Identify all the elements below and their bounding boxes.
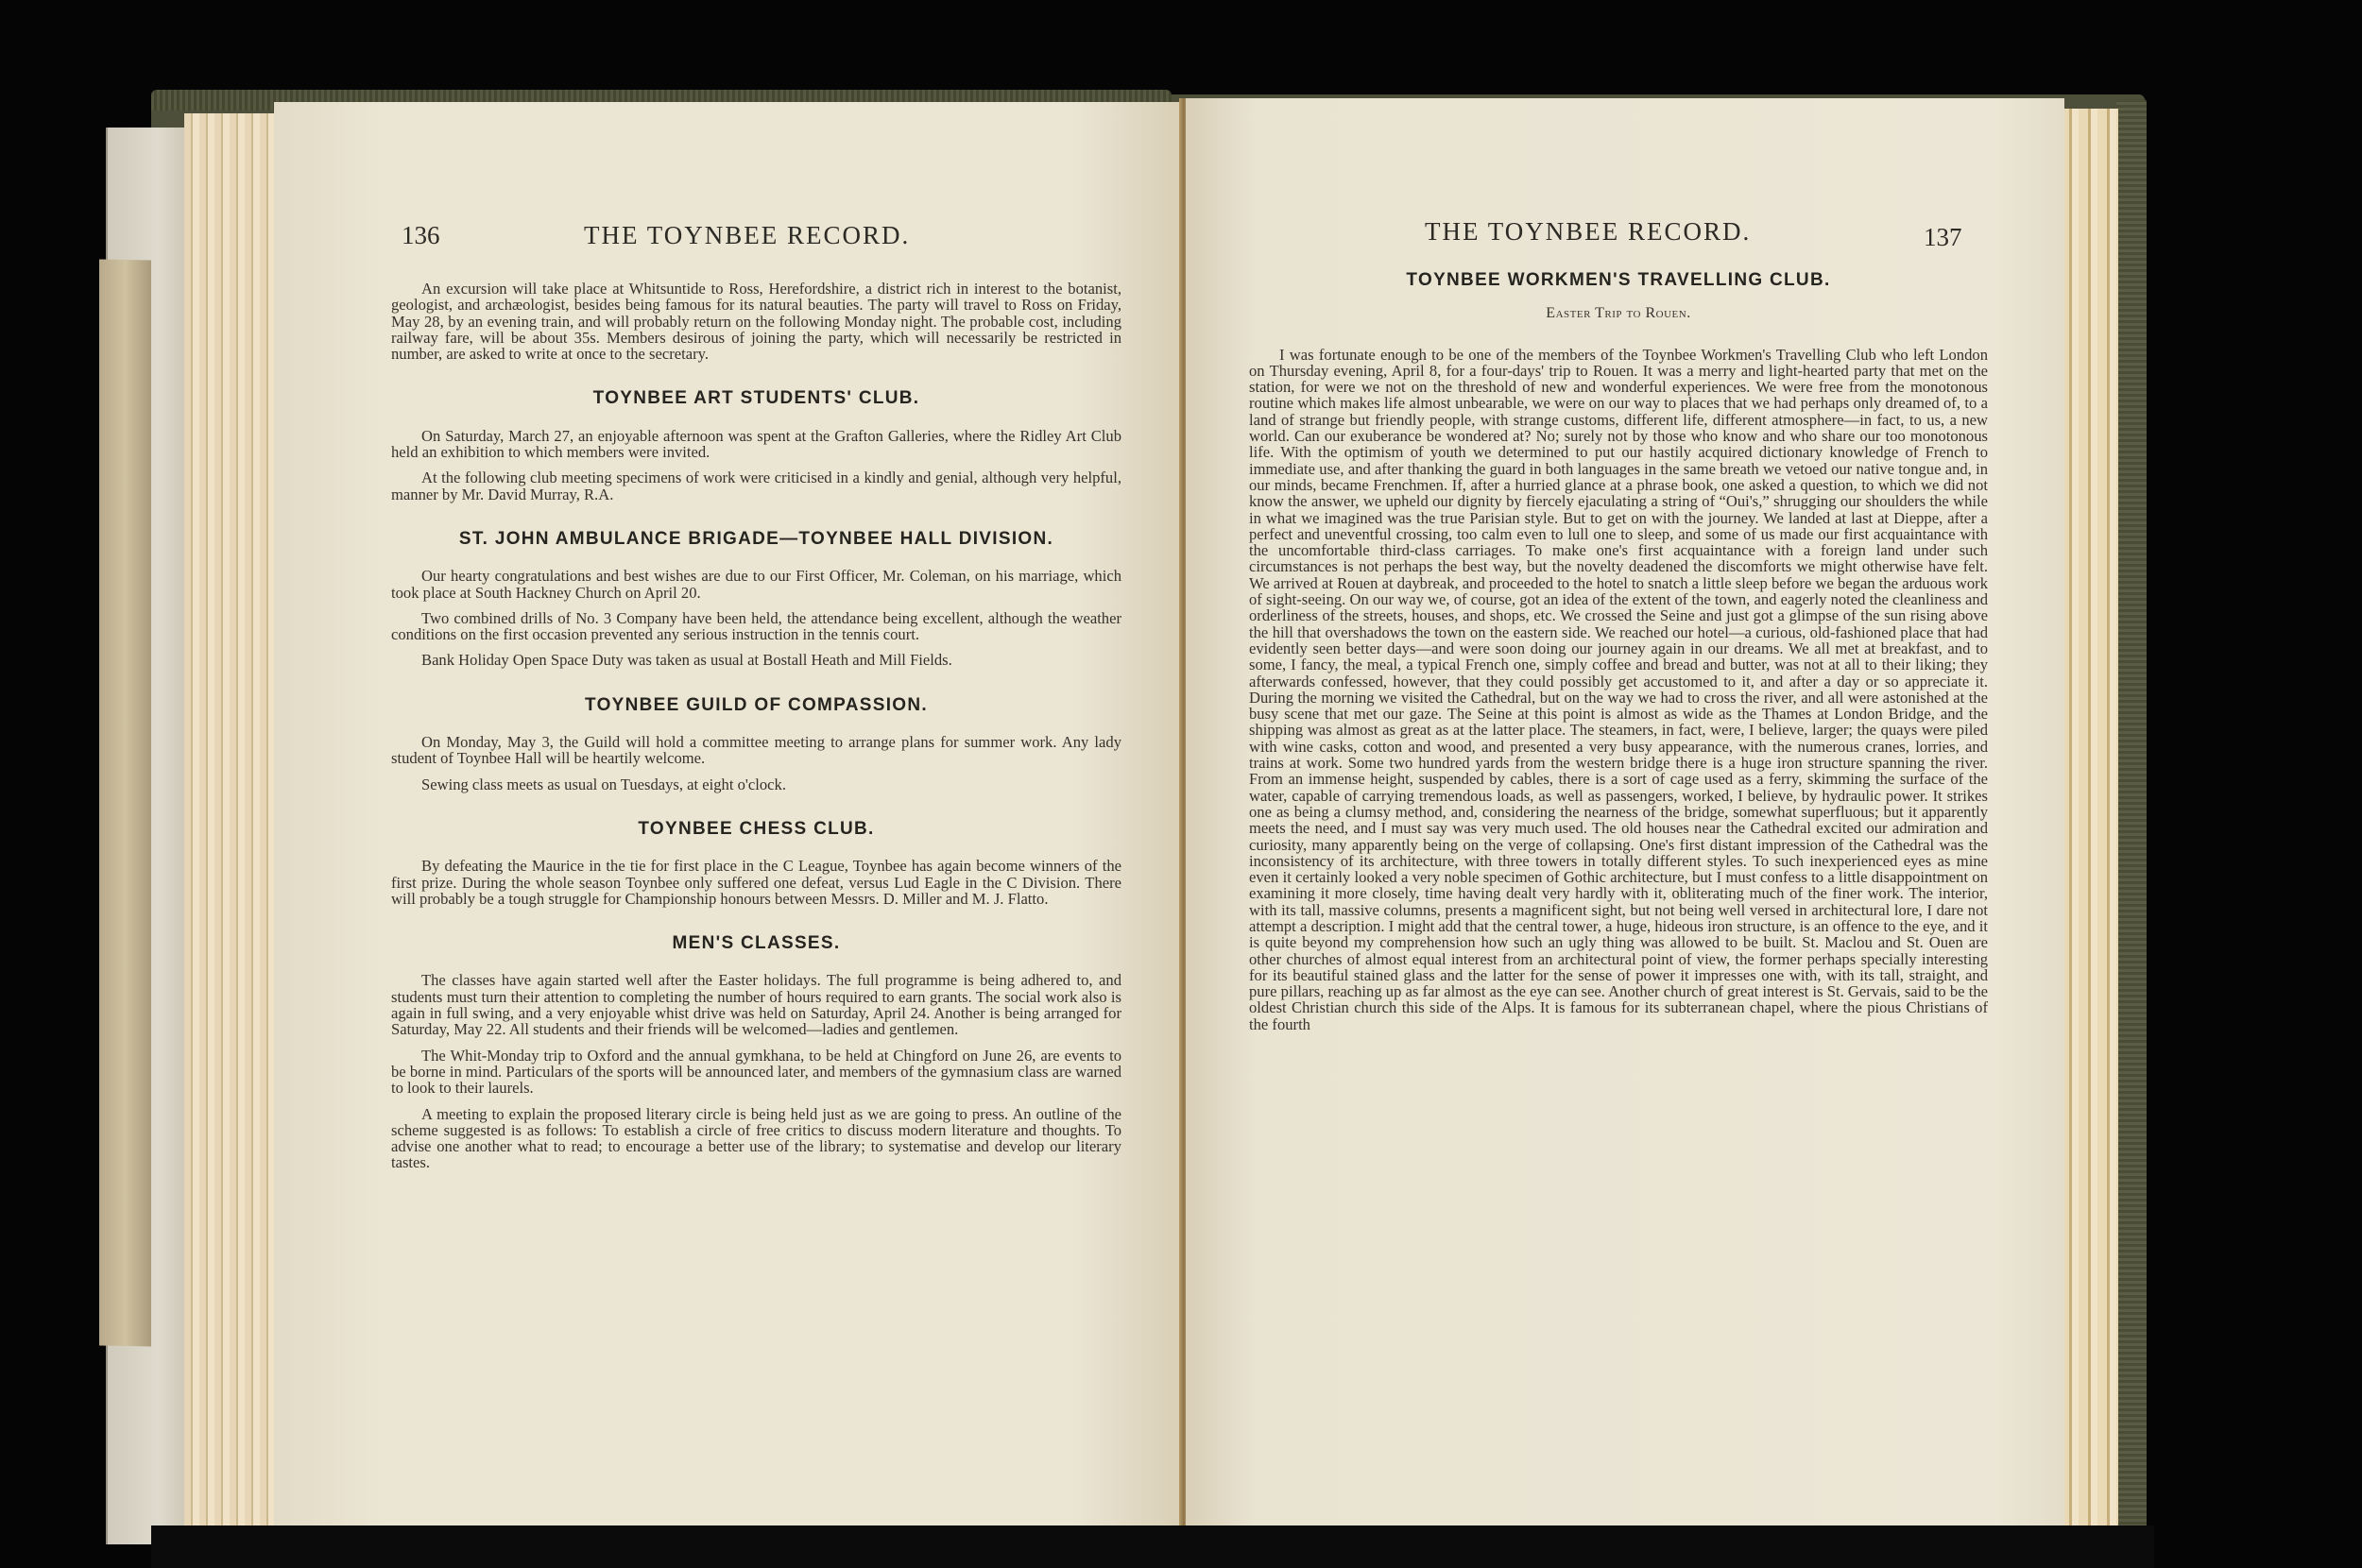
paragraph: At the following club meeting specimens … — [391, 469, 1121, 503]
right-page-body: TOYNBEE WORKMEN'S TRAVELLING CLUB. Easte… — [1249, 268, 1988, 1042]
article-subheading: Easter Trip to Rouen. — [1249, 305, 1988, 321]
paragraph: Sewing class meets as usual on Tuesdays,… — [391, 776, 1121, 793]
section-heading-ambulance-brigade: ST. JOHN AMBULANCE BRIGADE—TOYNBEE HALL … — [391, 531, 1121, 547]
section-heading-mens-classes: MEN'S CLASSES. — [391, 935, 1121, 951]
book-spine-edge-right — [2116, 99, 2147, 1561]
paragraph: I was fortunate enough to be one of the … — [1249, 347, 1988, 1032]
paragraph: Bank Holiday Open Space Duty was taken a… — [391, 652, 1121, 668]
left-page-number: 136 — [402, 221, 440, 250]
page-stack-left — [184, 113, 279, 1559]
section-heading-guild-of-compassion: TOYNBEE GUILD OF COMPASSION. — [391, 697, 1121, 713]
paragraph: Two combined drills of No. 3 Company hav… — [391, 610, 1121, 643]
left-running-head: THE TOYNBEE RECORD. — [584, 221, 910, 250]
paragraph: By defeating the Maurice in the tie for … — [391, 858, 1121, 907]
table-shadow — [151, 1525, 2154, 1568]
right-running-head: THE TOYNBEE RECORD. — [1425, 217, 1751, 247]
paragraph: On Saturday, March 27, an enjoyable afte… — [391, 428, 1121, 461]
torn-paper-flap — [99, 260, 151, 1347]
paragraph: An excursion will take place at Whitsunt… — [391, 281, 1121, 362]
paragraph: Our hearty congratulations and best wish… — [391, 568, 1121, 601]
paragraph: The classes have again started well afte… — [391, 972, 1121, 1037]
article-heading-travelling-club: TOYNBEE WORKMEN'S TRAVELLING CLUB. — [1249, 272, 1988, 288]
paragraph: On Monday, May 3, the Guild will hold a … — [391, 734, 1121, 767]
paragraph: The Whit-Monday trip to Oxford and the a… — [391, 1048, 1121, 1097]
right-page-number: 137 — [1924, 223, 1962, 252]
section-heading-art-students: TOYNBEE ART STUDENTS' CLUB. — [391, 390, 1121, 406]
page-stack-right — [2060, 109, 2118, 1559]
paragraph: A meeting to explain the proposed litera… — [391, 1106, 1121, 1171]
section-heading-chess-club: TOYNBEE CHESS CLUB. — [391, 821, 1121, 837]
left-page-body: An excursion will take place at Whitsunt… — [391, 281, 1121, 1181]
